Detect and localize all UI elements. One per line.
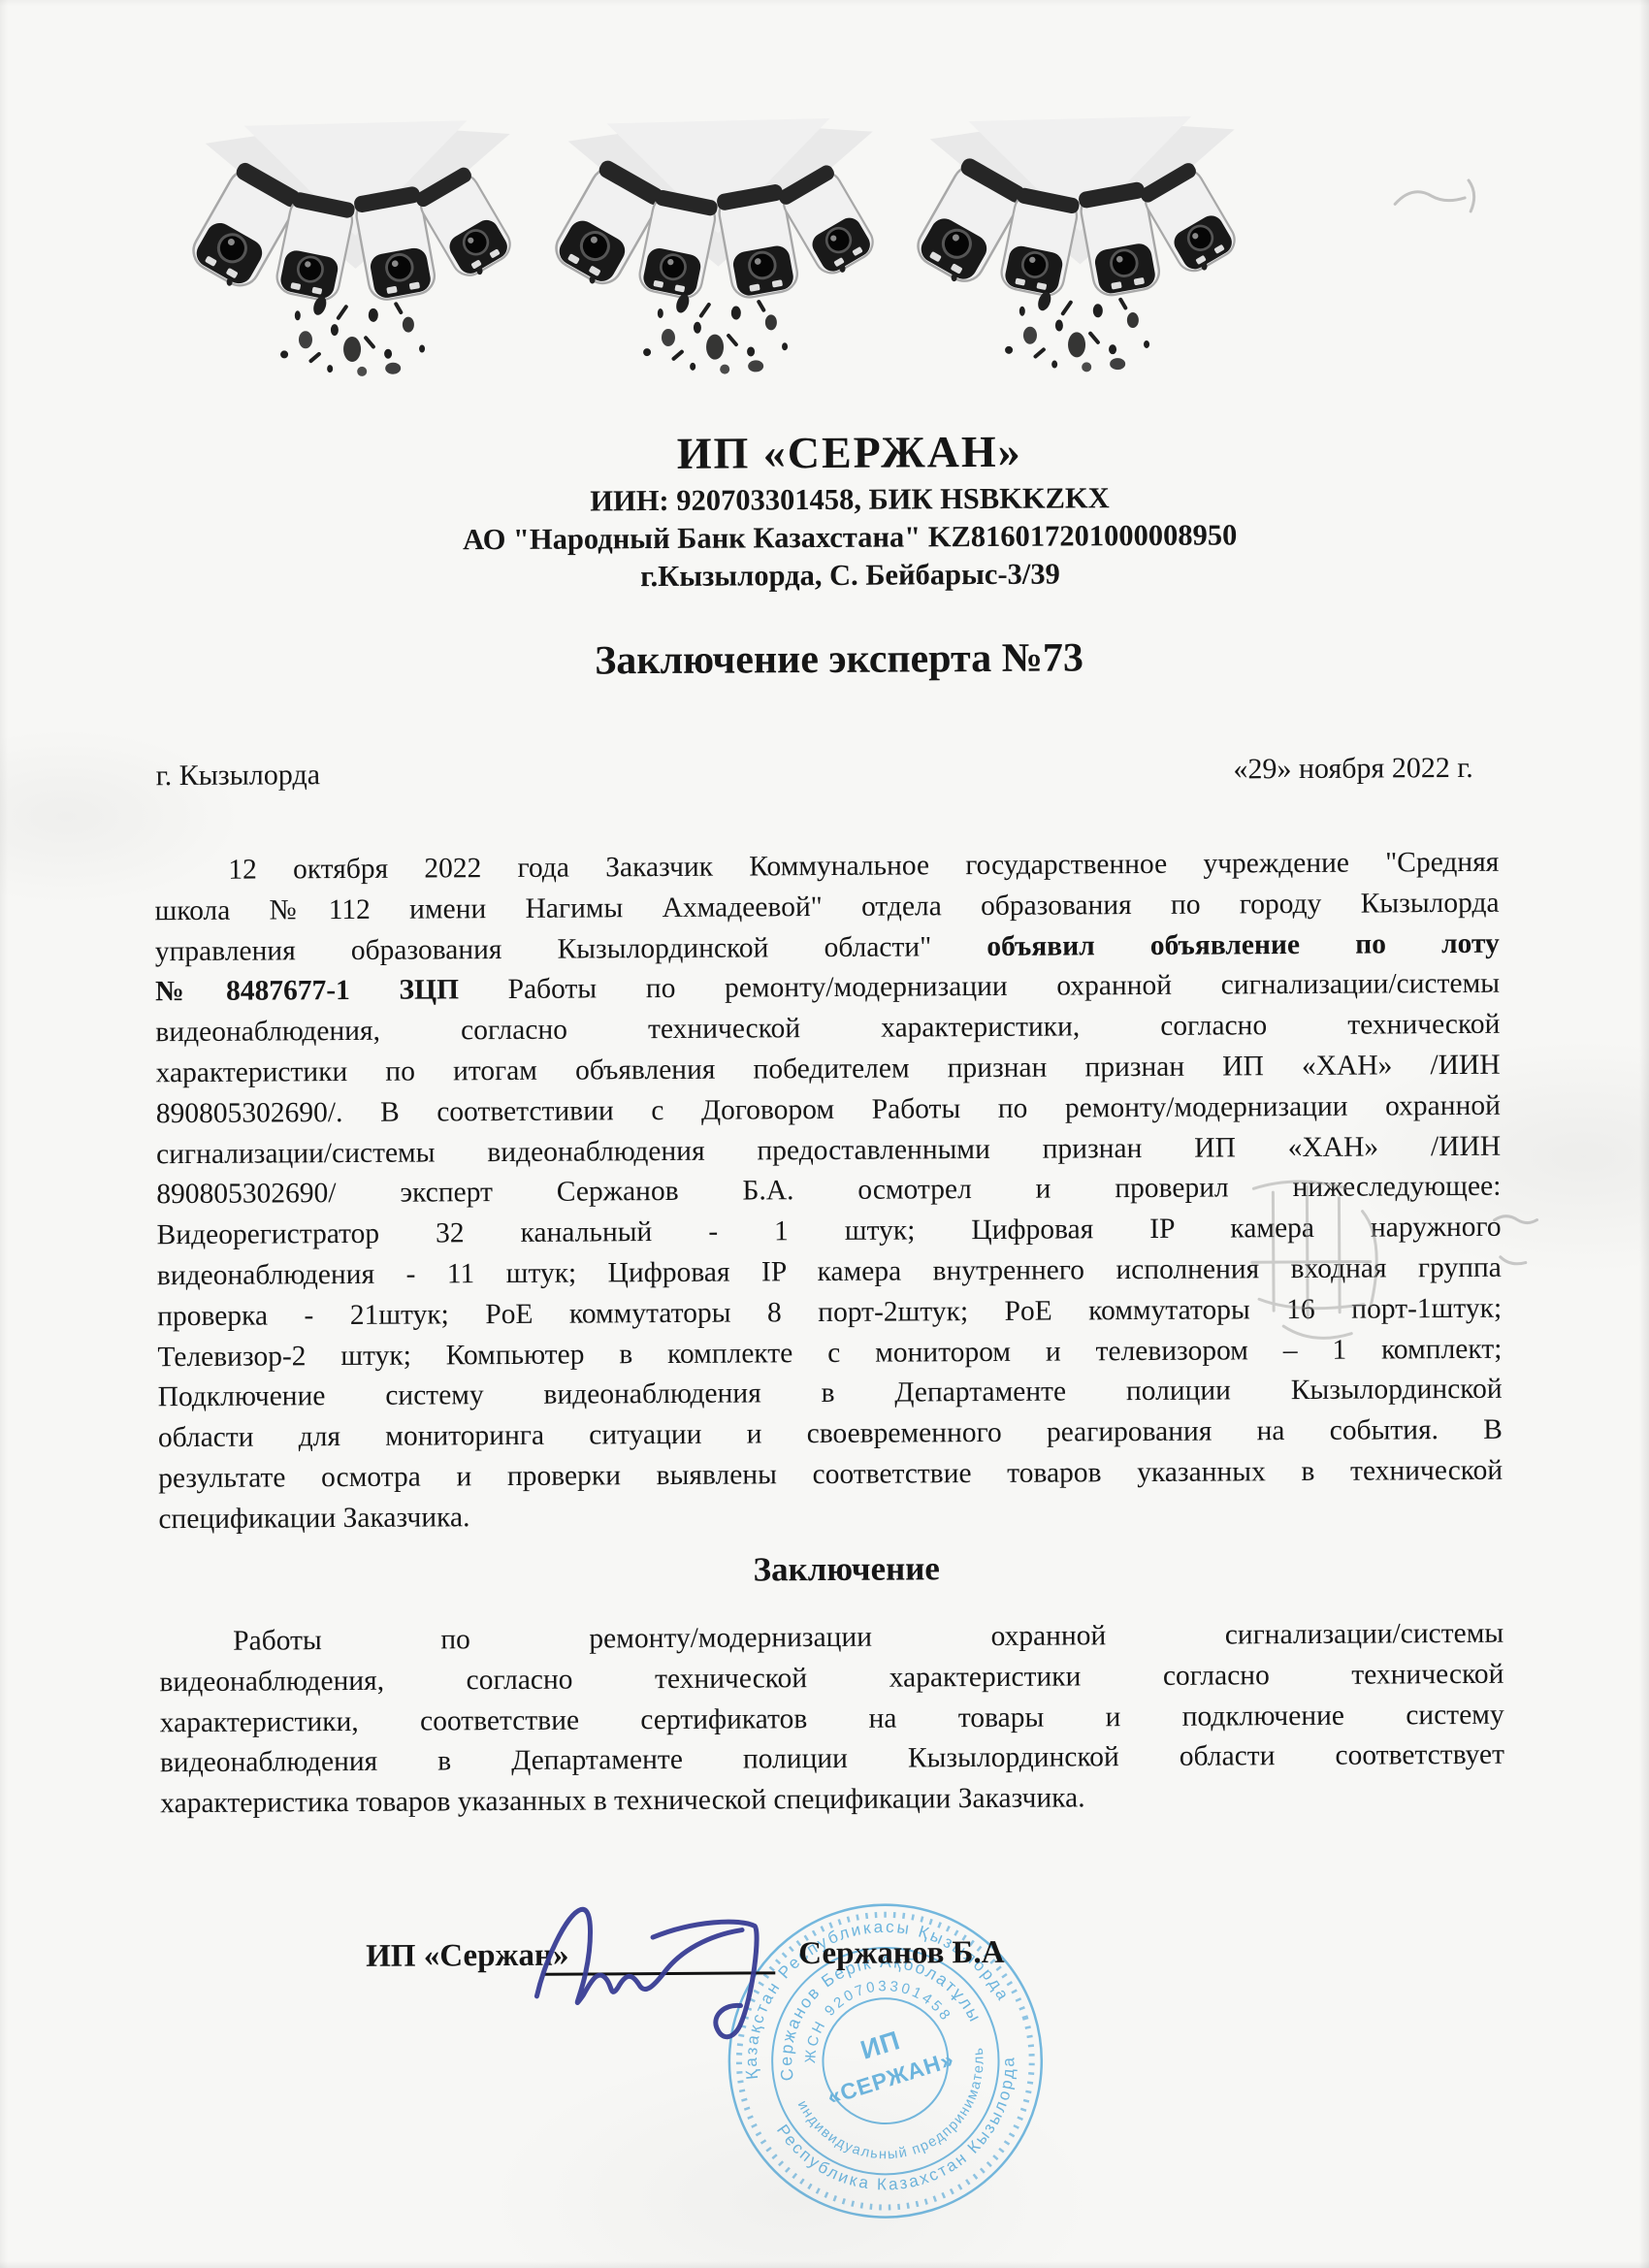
document-title: Заключение эксперта №73 [15, 632, 1649, 688]
text-segment: 12 октября 2022 года Заказчик Коммунальн… [228, 847, 1499, 886]
letterhead: ИП «СЕРЖАН» ИИН: 920703301458, БИК HSBKK… [25, 420, 1649, 599]
company-name: ИП «СЕРЖАН» [25, 420, 1649, 486]
scanned-document-page: ИП «СЕРЖАН» ИИН: 920703301458, БИК HSBKK… [0, 0, 1649, 2268]
text-segment: Подключение систему видеонаблюдения в Де… [158, 1374, 1503, 1412]
conclusion-heading: Заключение [22, 1545, 1649, 1594]
pencil-scribble [1214, 1170, 1448, 1370]
pencil-mark-right-edge [1486, 1206, 1544, 1283]
text-segment: 890805302690/. В соответстивии с Договор… [156, 1090, 1501, 1129]
text-segment: спецификации Заказчика. [158, 1502, 469, 1535]
text-segment: видеонаблюдения, согласно технической ха… [159, 1659, 1503, 1698]
text-line: видеонаблюдения в Департаменте полиции К… [160, 1735, 1504, 1784]
stamp-center-line1: ИП [857, 2025, 903, 2065]
meta-row: г. Кызылорда «29» ноября 2022 г. [156, 752, 1499, 793]
signature-row: ИП «Сержан» Сержанов Б.А [5, 1931, 1649, 2009]
text-line: результате осмотра и проверки выявлены с… [158, 1451, 1503, 1500]
handwritten-signature [509, 1878, 801, 2069]
text-line: спецификации Заказчика. [158, 1491, 1503, 1539]
text-segment: результате осмотра и проверки выявлены с… [158, 1455, 1503, 1494]
security-cameras-image [550, 118, 887, 387]
security-cameras-image [188, 120, 525, 389]
text-segment: характеристика товаров указанных в техни… [160, 1783, 1085, 1820]
meta-city: г. Кызылорда [156, 759, 320, 793]
text-segment: области для мониторинга ситуации и своев… [158, 1414, 1503, 1453]
text-segment: Работы по ремонту/модернизации охранной … [459, 968, 1500, 1006]
text-segment: характеристики, соответствие сертификато… [160, 1699, 1504, 1737]
text-segment: видеонаблюдения, согласно технической ха… [155, 1009, 1500, 1048]
text-segment: видеонаблюдения в Департаменте полиции К… [160, 1739, 1504, 1778]
pencil-mark-top-right [1387, 169, 1494, 230]
security-cameras-image [913, 115, 1249, 384]
text-segment: школа №112 имени Нагимы Ахмадеевой" отде… [154, 888, 1499, 926]
bold-text-segment: объявил объявление по лоту [986, 927, 1500, 961]
signatory-name: Сержанов Б.А [798, 1935, 1005, 1972]
text-line: характеристика товаров указанных в техни… [160, 1776, 1504, 1825]
document-content: ИП «СЕРЖАН» ИИН: 920703301458, БИК HSBKK… [0, 0, 1649, 2268]
camera-collage [188, 115, 1249, 389]
conclusion-paragraph: Работы по ремонту/модернизации охранной … [159, 1614, 1504, 1825]
text-segment: управления образования Кызылординской об… [155, 931, 987, 967]
bold-text-segment: №8487677-1 ЗЦП [155, 975, 459, 1008]
text-segment: характеристики по итогам объявления побе… [156, 1050, 1501, 1088]
text-segment: сигнализации/системы видеонаблюдения пре… [156, 1130, 1501, 1169]
text-segment: Работы по ремонту/модернизации охранной … [233, 1618, 1503, 1657]
meta-date: «29» ноября 2022 г. [1233, 752, 1472, 787]
